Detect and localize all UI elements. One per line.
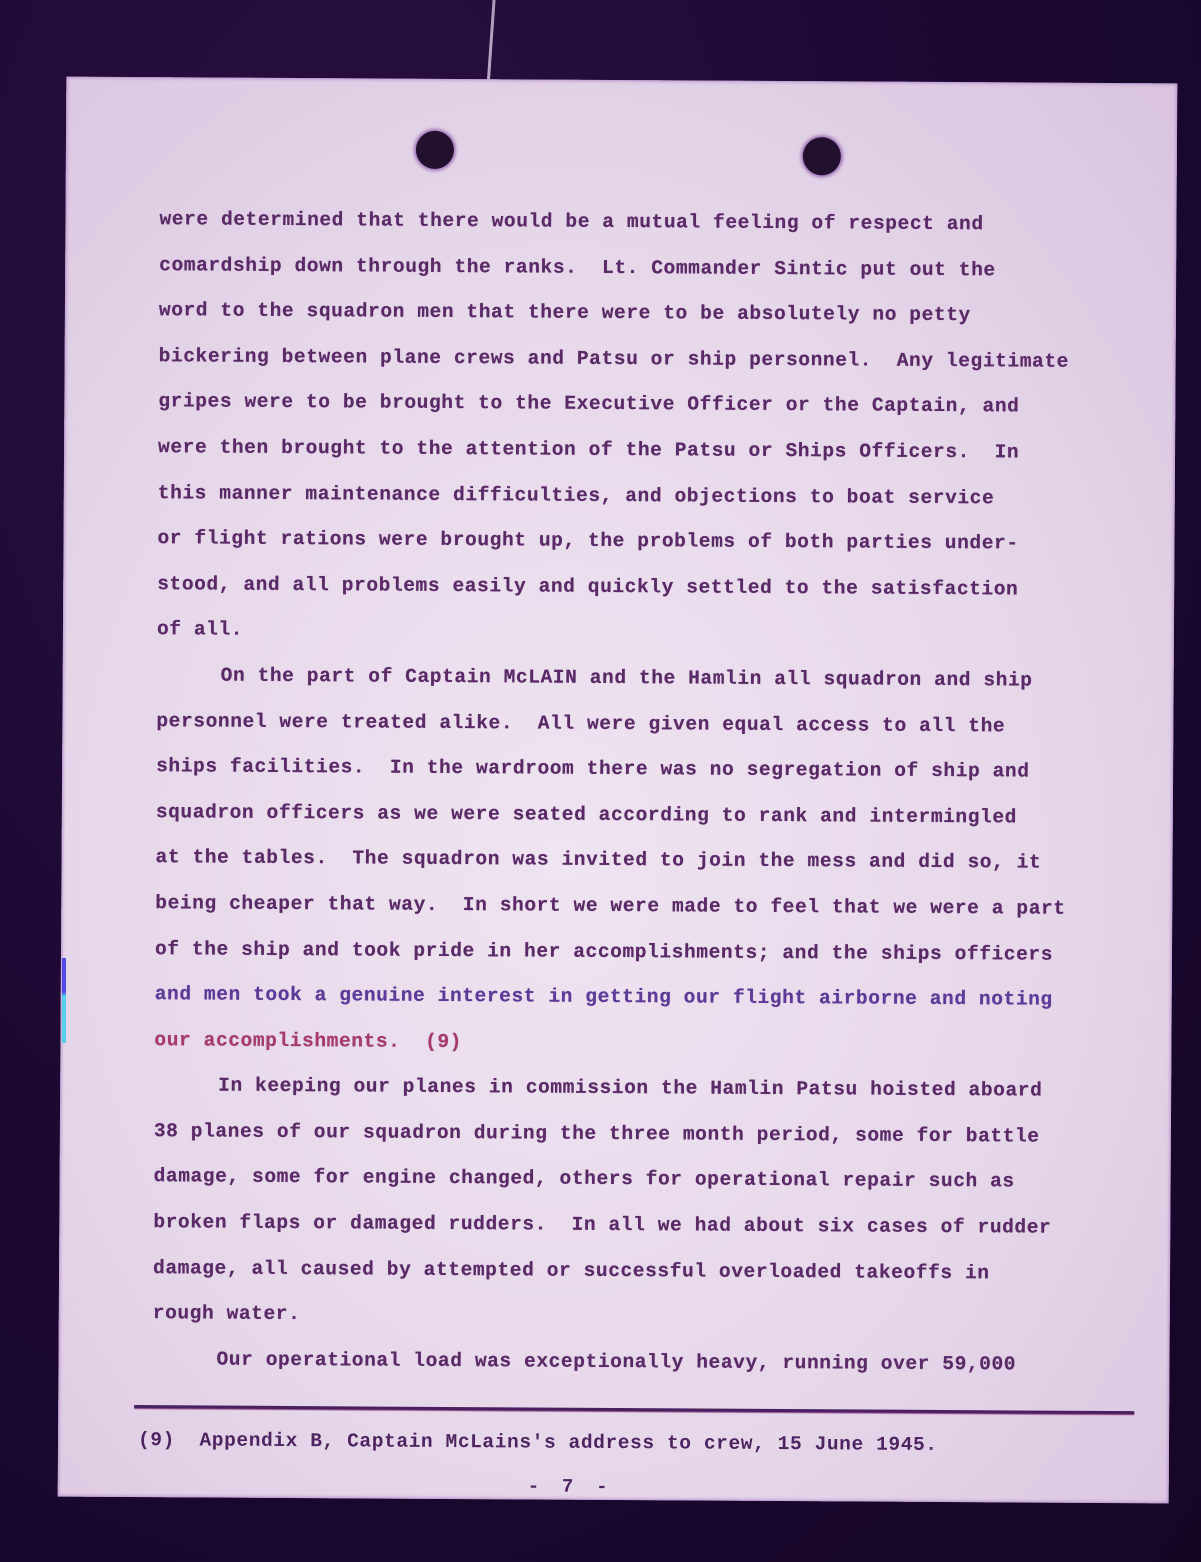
footnote-divider — [134, 1405, 1134, 1414]
text-line: this manner maintenance difficulties, an… — [158, 471, 1168, 523]
text-line: of all. — [157, 608, 1167, 660]
text-line: bickering between plane crews and Patsu … — [158, 334, 1168, 386]
text-line: being cheaper that way. In short we were… — [155, 881, 1165, 933]
text-line: rough water. — [153, 1291, 1163, 1343]
text-line: On the part of Captain McLAIN and the Ha… — [157, 653, 1167, 705]
document-page: were determined that there would be a mu… — [58, 77, 1178, 1504]
text-line: comardship down through the ranks. Lt. C… — [159, 243, 1169, 295]
text-line: and men took a genuine interest in getti… — [155, 972, 1165, 1024]
text-line: ships facilities. In the wardroom there … — [156, 744, 1166, 796]
text-line: damage, some for engine changed, others … — [153, 1155, 1163, 1207]
document-body: were determined that there would be a mu… — [152, 197, 1169, 1389]
text-line: our accomplishments. (9) — [154, 1018, 1164, 1070]
text-line: Our operational load was exceptionally h… — [152, 1337, 1162, 1389]
color-fringe-artifact — [62, 958, 66, 1043]
text-line: gripes were to be brought to the Executi… — [158, 380, 1168, 432]
text-line: damage, all caused by attempted or succe… — [153, 1246, 1163, 1298]
text-line: were then brought to the attention of th… — [158, 425, 1168, 477]
punch-hole-right — [803, 137, 841, 175]
text-line: broken flaps or damaged rudders. In all … — [153, 1200, 1163, 1252]
text-line: squadron officers as we were seated acco… — [156, 790, 1166, 842]
text-line: personnel were treated alike. All were g… — [156, 699, 1166, 751]
footnote: (9) Appendix B, Captain McLains's addres… — [138, 1429, 938, 1456]
page-number: - 7 - — [528, 1475, 608, 1497]
text-line: of the ship and took pride in her accomp… — [155, 927, 1165, 979]
text-line: were determined that there would be a mu… — [159, 197, 1169, 249]
text-line: or flight rations were brought up, the p… — [157, 516, 1167, 568]
text-line: word to the squadron men that there were… — [159, 288, 1169, 340]
text-line: stood, and all problems easily and quick… — [157, 562, 1167, 614]
text-line: 38 planes of our squadron during the thr… — [154, 1109, 1164, 1161]
punch-hole-left — [416, 131, 454, 169]
text-line: at the tables. The squadron was invited … — [155, 835, 1165, 887]
text-line: In keeping our planes in commission the … — [154, 1063, 1164, 1115]
